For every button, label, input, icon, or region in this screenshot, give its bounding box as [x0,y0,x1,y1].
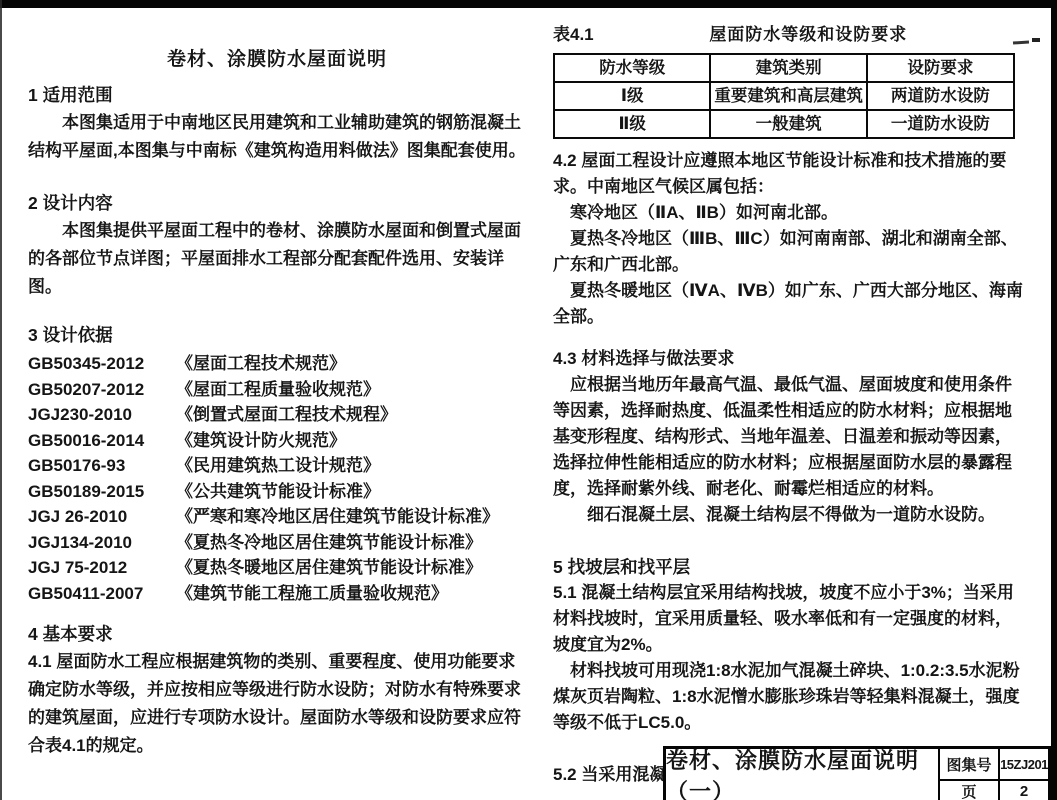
standard-code: JGJ230-2010 [28,402,176,428]
standard-name: 《屋面工程质量验收规范》 [176,377,526,403]
section-5-1-paragraph: 5.1 混凝土结构层宜采用结构找坡，坡度不应小于3%；当采用材料找坡时，宜采用质… [553,580,1023,658]
standard-item: GB50176-93 《民用建筑热工设计规范》 [28,453,526,479]
atlas-number-value: 15ZJ201 [1000,749,1048,781]
section-1-paragraph: 本图集适用于中南地区民用建筑和工业辅助建筑的钢筋混凝土结构平屋面,本图集与中南标… [28,109,526,165]
standard-code: GB50016-2014 [28,428,176,454]
standard-name: 《屋面工程技术规范》 [176,351,526,377]
table-label: 表4.1 [553,22,594,48]
standard-name: 《建筑节能工程施工质量验收规范》 [176,581,526,607]
standard-name: 《严寒和寒冷地区居住建筑节能设计标准》 [176,504,526,530]
section-4-2-item: 夏热冬暖地区（ⅣA、ⅣB）如广东、广西大部分地区、海南全部。 [553,278,1023,330]
standard-code: JGJ 75-2012 [28,555,176,581]
standard-name: 《倒置式屋面工程技术规程》 [176,402,526,428]
standard-code: GB50345-2012 [28,351,176,377]
title-block-grid: 图集号 15ZJ201 页 2 [940,749,1048,800]
section-5-1-paragraph: 材料找坡可用现浇1:8水泥加气混凝土碎块、1:0.2:3.5水泥粉煤灰页岩陶粒、… [553,658,1023,736]
standard-name: 《夏热冬冷地区居住建筑节能设计标准》 [176,530,526,556]
scan-top-border [0,0,1057,8]
standard-item: JGJ 75-2012 《夏热冬暖地区居住建筑节能设计标准》 [28,555,526,581]
scan-right-border [1051,0,1057,800]
standard-name: 《公共建筑节能设计标准》 [176,479,526,505]
drawing-title-block: 卷材、涂膜防水屋面说明（一） 图集号 15ZJ201 页 2 [663,746,1051,800]
section-4-3-paragraph: 细石混凝土层、混凝土结构层不得做为一道防水设防。 [553,502,1023,528]
standard-item: GB50016-2014 《建筑设计防火规范》 [28,428,526,454]
section-4-2-item: 寒冷地区（ⅡA、ⅡB）如河南北部。 [553,200,1023,226]
page-number-label: 页 [940,781,1000,800]
standard-item: GB50189-2015 《公共建筑节能设计标准》 [28,479,526,505]
table-cell: Ⅱ级 [554,110,710,138]
standard-item: JGJ230-2010 《倒置式屋面工程技术规程》 [28,402,526,428]
right-column: 表4.1 屋面防水等级和设防要求 防水等级 建筑类别 设防要求 Ⅰ级 重要建筑和… [553,22,1023,788]
table-header-cell: 建筑类别 [710,54,866,82]
standard-code: GB50411-2007 [28,581,176,607]
table-cell: 重要建筑和高层建筑 [710,82,866,110]
sheet-title: 卷材、涂膜防水屋面说明（一） [666,749,940,800]
table-cell: 两道防水设防 [867,82,1014,110]
table-title: 屋面防水等级和设防要求 [594,22,1023,48]
section-5-heading: 5 找坡层和找平层 [553,554,1023,580]
section-4-2-paragraph: 4.2 屋面工程设计应遵照本地区节能设计标准和技术措施的要求。中南地区气候区属包… [553,148,1023,200]
scan-smudge-mark [1032,38,1040,42]
section-4-1-paragraph: 4.1 屋面防水工程应根据建筑物的类别、重要程度、使用功能要求确定防水等级，并应… [28,648,526,760]
section-2-heading: 2 设计内容 [28,189,526,217]
standard-item: GB50345-2012 《屋面工程技术规范》 [28,351,526,377]
standard-code: GB50189-2015 [28,479,176,505]
table-row: Ⅱ级 一般建筑 一道防水设防 [554,110,1014,138]
standards-list: GB50345-2012 《屋面工程技术规范》 GB50207-2012 《屋面… [28,351,526,606]
page-number-value: 2 [1000,781,1048,800]
standard-code: JGJ 26-2010 [28,504,176,530]
standard-item: JGJ134-2010 《夏热冬冷地区居住建筑节能设计标准》 [28,530,526,556]
section-4-2-item: 夏热冬冷地区（ⅢB、ⅢC）如河南南部、湖北和湖南全部、广东和广西北部。 [553,226,1023,278]
standard-code: GB50207-2012 [28,377,176,403]
section-3-heading: 3 设计依据 [28,321,526,349]
standard-name: 《夏热冬暖地区居住建筑节能设计标准》 [176,555,526,581]
standard-item: JGJ 26-2010 《严寒和寒冷地区居住建筑节能设计标准》 [28,504,526,530]
section-1-heading: 1 适用范围 [28,81,526,109]
waterproof-grade-table: 防水等级 建筑类别 设防要求 Ⅰ级 重要建筑和高层建筑 两道防水设防 Ⅱ级 一般… [553,53,1015,139]
table-header-cell: 防水等级 [554,54,710,82]
page-title: 卷材、涂膜防水屋面说明 [28,46,526,74]
table-header-row: 防水等级 建筑类别 设防要求 [554,54,1014,82]
table-cell: 一般建筑 [710,110,866,138]
standard-code: JGJ134-2010 [28,530,176,556]
table-row: Ⅰ级 重要建筑和高层建筑 两道防水设防 [554,82,1014,110]
section-4-heading: 4 基本要求 [28,620,526,648]
left-column: 卷材、涂膜防水屋面说明 1 适用范围 本图集适用于中南地区民用建筑和工业辅助建筑… [28,46,526,760]
table-header-cell: 设防要求 [867,54,1014,82]
table-caption: 表4.1 屋面防水等级和设防要求 [553,22,1023,48]
standard-code: GB50176-93 [28,453,176,479]
standard-item: GB50411-2007 《建筑节能工程施工质量验收规范》 [28,581,526,607]
scan-left-border [0,0,2,800]
table-cell: Ⅰ级 [554,82,710,110]
section-2-paragraph: 本图集提供平屋面工程中的卷材、涂膜防水屋面和倒置式屋面的各部位节点详图；平屋面排… [28,217,526,301]
standard-item: GB50207-2012 《屋面工程质量验收规范》 [28,377,526,403]
table-cell: 一道防水设防 [867,110,1014,138]
section-4-3-paragraph: 应根据当地历年最高气温、最低气温、屋面坡度和使用条件等因素，选择耐热度、低温柔性… [553,372,1023,502]
section-4-3-heading: 4.3 材料选择与做法要求 [553,346,1023,372]
standard-name: 《建筑设计防火规范》 [176,428,526,454]
atlas-number-label: 图集号 [940,749,1000,781]
standard-name: 《民用建筑热工设计规范》 [176,453,526,479]
